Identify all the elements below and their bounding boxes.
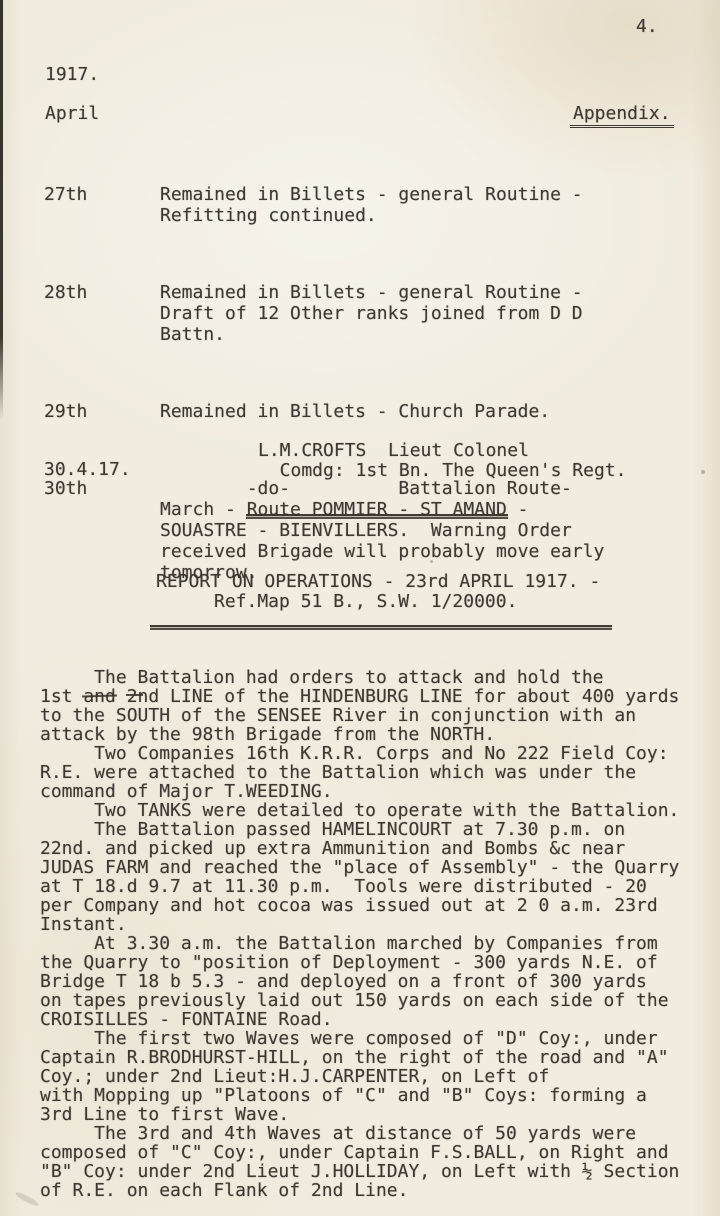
month-label: April: [45, 103, 99, 124]
diary-entry: 29th Remained in Billets - Church Parade…: [44, 401, 684, 422]
entry-date: 30th: [44, 478, 160, 583]
paper-speck: [701, 470, 705, 474]
entry-date: 28th: [44, 282, 160, 345]
entry-text: Remained in Billets - general Routine - …: [160, 184, 583, 226]
entry-date: 27th: [44, 184, 160, 226]
paper-speck: [14, 1190, 40, 1208]
signature-block: L.M.CROFTS Lieut Colonel Comdg: 1st Bn. …: [258, 441, 626, 481]
divider-rule-long: [150, 625, 612, 630]
overstrike-mark: [126, 694, 143, 696]
divider-rule-short: [246, 514, 508, 519]
report-title-line1: REPORT ON OPERATIONS - 23rd APRIL 1917. …: [156, 571, 600, 592]
report-title-line2: Ref.Map 51 B., S.W. 1/20000.: [214, 591, 517, 612]
entry-date: 29th: [44, 401, 160, 422]
year-label: 1917.: [45, 64, 99, 85]
diary-entry: 30th -do- Battalion Route- March - Route…: [44, 478, 684, 583]
signature-date: 30.4.17.: [44, 459, 131, 480]
diary-entries: 27th Remained in Billets - general Routi…: [44, 142, 684, 639]
diary-entry: 27th Remained in Billets - general Routi…: [44, 184, 684, 226]
diary-entry: 28th Remained in Billets - general Routi…: [44, 282, 684, 345]
page-number: 4.: [636, 16, 658, 37]
report-body: The Battalion had orders to attack and h…: [40, 668, 700, 1200]
appendix-heading: Appendix.: [570, 103, 674, 128]
entry-text: Remained in Billets - Church Parade.: [160, 401, 550, 422]
entry-text: Remained in Billets - general Routine - …: [160, 282, 583, 345]
scan-edge-artifact: [0, 0, 3, 420]
entry-text: -do- Battalion Route- March - Route POMM…: [160, 478, 604, 583]
war-diary-page: 4. 1917. April Appendix. 27th Remained i…: [0, 0, 720, 1216]
